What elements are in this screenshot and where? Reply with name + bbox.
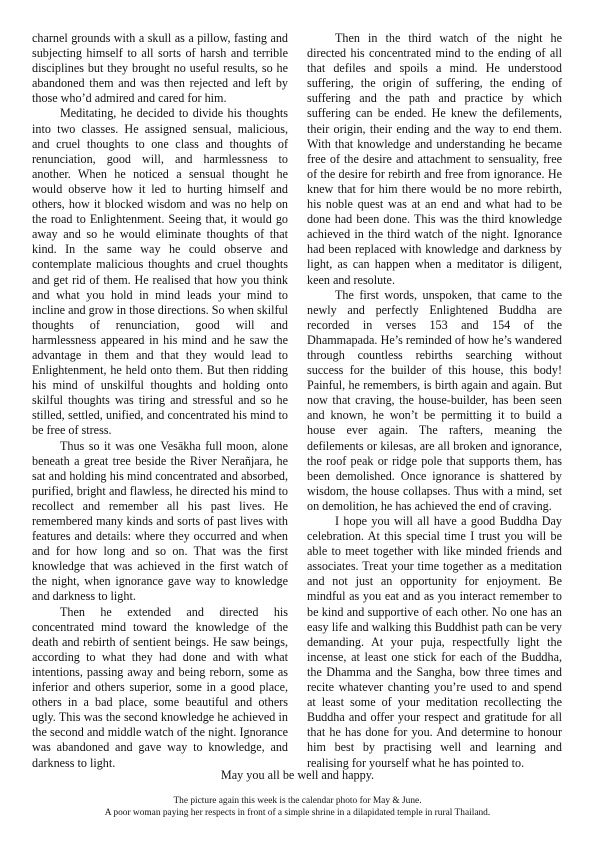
paragraph: The first words, unspoken, that came to …: [307, 288, 562, 514]
left-column: charnel grounds with a skull as a pillow…: [32, 31, 288, 771]
paragraph: Thus so it was one Vesākha full moon, al…: [32, 439, 288, 605]
paragraph: Then in the third watch of the night he …: [307, 31, 562, 288]
closing-blessing: May you all be well and happy.: [0, 768, 595, 783]
paragraph: I hope you will all have a good Buddha D…: [307, 514, 562, 771]
right-column: Then in the third watch of the night he …: [307, 31, 562, 771]
document-page: charnel grounds with a skull as a pillow…: [0, 0, 595, 842]
caption-line-2: A poor woman paying her respects in fron…: [0, 807, 595, 819]
paragraph: charnel grounds with a skull as a pillow…: [32, 31, 288, 106]
paragraph: Then he extended and directed his concen…: [32, 605, 288, 771]
paragraph: Meditating, he decided to divide his tho…: [32, 106, 288, 438]
caption-line-1: The picture again this week is the calen…: [0, 795, 595, 807]
photo-caption: The picture again this week is the calen…: [0, 795, 595, 819]
